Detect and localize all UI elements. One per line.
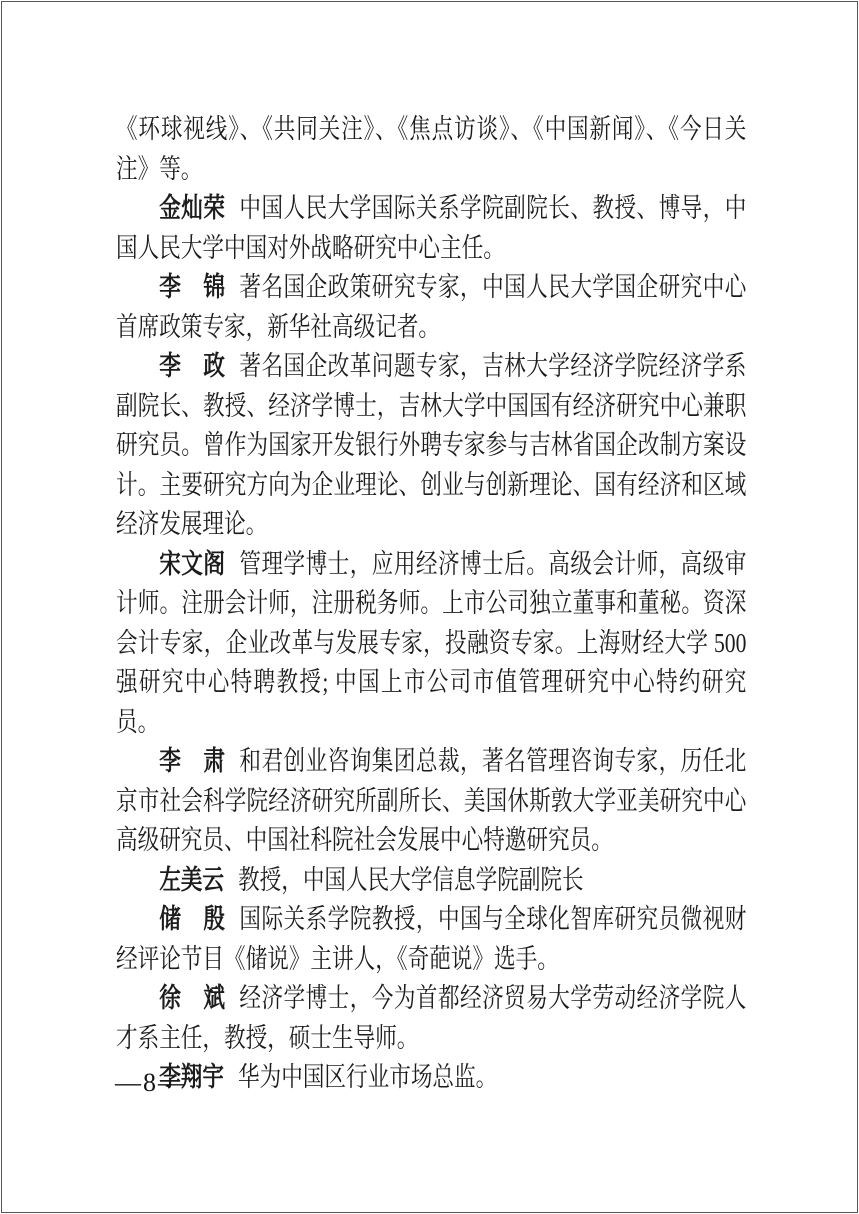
person-entry: 李 政著名国企改革问题专家，吉林大学经济学院经济学系副院长、教授、经济学博士，吉… (116, 347, 746, 545)
person-name: 李 肃 (159, 746, 225, 776)
page-number: —8— (115, 1068, 186, 1098)
person-name: 储 殷 (159, 904, 225, 934)
person-entry: 李翔宇华为中国区行业市场总监。 (116, 1058, 746, 1098)
person-name: 李 锦 (159, 272, 225, 302)
person-description: 华为中国区行业市场总监。 (238, 1062, 497, 1092)
person-name: 金灿荣 (159, 193, 225, 223)
person-entry: 储 殷国际关系学院教授，中国与全球化智库研究员微视财经评论节目《储说》主讲人，《… (116, 900, 746, 979)
person-description: 教授，中国人民大学信息学院副院长 (238, 865, 584, 895)
person-entry: 金灿荣中国人民大学国际关系学院副院长、教授、博导，中国人民大学中国对外战略研究中… (116, 189, 746, 268)
person-name: 宋文阁 (159, 549, 225, 579)
person-entry: 左美云教授，中国人民大学信息学院副院长 (116, 861, 746, 901)
person-name: 徐 斌 (159, 983, 225, 1013)
page-body: 《环球视线》、《共同关注》、《焦点访谈》、《中国新闻》、《今日关注》等。 金灿荣… (116, 110, 746, 1098)
person-entry-list: 金灿荣中国人民大学国际关系学院副院长、教授、博导，中国人民大学中国对外战略研究中… (116, 189, 746, 1098)
person-entry: 徐 斌经济学博士，今为首都经济贸易大学劳动经济学院人才系主任，教授，硕士生导师。 (116, 979, 746, 1058)
paragraph-continuation: 《环球视线》、《共同关注》、《焦点访谈》、《中国新闻》、《今日关注》等。 (116, 110, 746, 189)
person-entry: 宋文阁管理学博士，应用经济博士后。高级会计师，高级审计师。注册会计师，注册税务师… (116, 545, 746, 743)
person-entry: 李 肃和君创业咨询集团总裁，著名管理咨询专家，历任北京市社会科学院经济研究所副所… (116, 742, 746, 861)
person-name: 李 政 (159, 351, 225, 381)
person-name: 左美云 (159, 865, 224, 895)
continuation-text: 《环球视线》、《共同关注》、《焦点访谈》、《中国新闻》、《今日关注》等。 (116, 114, 746, 184)
person-entry: 李 锦著名国企政策研究专家，中国人民大学国企研究中心首席政策专家，新华社高级记者… (116, 268, 746, 347)
document-page: 《环球视线》、《共同关注》、《焦点访谈》、《中国新闻》、《今日关注》等。 金灿荣… (1, 1, 858, 1213)
